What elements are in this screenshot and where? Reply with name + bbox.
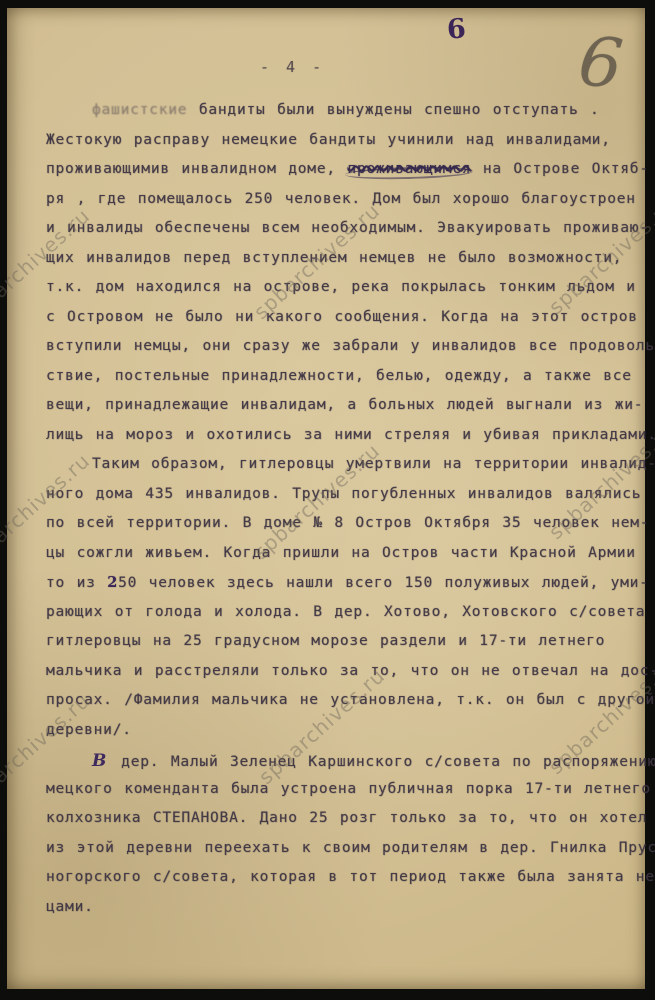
ink-corrected-digit: 2 [107,574,118,591]
text-line: мальчика и расстреляли только за то, что… [46,663,631,693]
text-segment: щих инвалидов перед вступлением немцев н… [46,250,622,266]
text-line: Таким образом, гитлеровцы умертвили на т… [46,456,631,486]
text-segment: бандиты были вынуждены спешно отступать … [187,102,599,118]
text-segment: на Острове Октяб- [471,161,649,177]
text-line: то из 250 человек здесь нашли всего 150 … [46,574,631,604]
text-segment: Жестокую расправу немецкие бандиты учини… [46,132,611,148]
text-segment: гитлеровцы на 25 градусном морозе раздел… [46,633,605,649]
scan-frame: 6 6 - 4 - фашистские бандиты были вынужд… [0,0,655,1000]
text-line: мецкого коменданта была устроена публичн… [46,781,631,811]
document-page: 6 6 - 4 - фашистские бандиты были вынужд… [7,8,645,989]
text-segment: то из [46,575,107,591]
text-line: проживающимив инвалидном доме, проживающ… [46,161,631,191]
document-text-block: фашистские бандиты были вынуждены спешно… [46,102,631,928]
handwritten-page-number: 6 [575,22,626,105]
text-segment: 50 человек здесь нашли всего 150 полужив… [118,575,649,591]
scribbled-out-word: проживающимся [347,161,471,177]
text-segment: вещи, принадлежащие инвалидам, а больных… [46,397,643,413]
text-line: цы сожгли живьем. Когда пришли на Остров… [46,545,631,575]
text-line: рающих от голода и холода. В дер. Хотово… [46,604,631,634]
text-segment: Таким образом, гитлеровцы умертвили на т… [92,456,655,472]
text-line: вступили немцы, они сразу же забрали у и… [46,338,631,368]
text-line: деревни/. [46,722,631,752]
typed-page-number: 6 [446,13,467,45]
text-line: и инвалиды обеспечены всем необходимым. … [46,220,631,250]
text-line: ногорского с/совета, которая в тот перио… [46,869,631,899]
text-segment: лищь на мороз и охотились за ними стреля… [46,427,655,443]
text-line: лищь на мороз и охотились за ними стреля… [46,427,631,457]
text-line: гитлеровцы на 25 градусном морозе раздел… [46,633,631,663]
text-segment: дер. Малый Зеленец Каршинского с/совета … [121,754,655,770]
text-segment: деревни/. [46,722,132,738]
text-line: из этой деревни переехать к своим родите… [46,840,631,870]
text-segment: и инвалиды обеспечены всем необходимым. … [46,220,649,236]
text-segment: ствие, постельные принадлежности, белью,… [46,368,632,384]
text-line: Жестокую расправу немецкие бандиты учини… [46,132,631,162]
text-segment: цы сожгли живьем. Когда пришли на Остров… [46,545,636,561]
text-line: т.к. дом находился на острове, река покр… [46,279,631,309]
text-segment: цами. [46,899,94,915]
page-header: - 4 - [260,58,325,76]
faded-word: фашистские [92,102,187,118]
text-line: колхозника СТЕПАНОВА. Дано 25 розг тольк… [46,810,631,840]
text-line: щих инвалидов перед вступлением немцев н… [46,250,631,280]
text-line: ря , где помещалось 250 человек. Дом был… [46,191,631,221]
text-line: по всей территории. В доме № 8 Остров Ок… [46,515,631,545]
text-line: цами. [46,899,631,929]
text-segment: мальчика и расстреляли только за то, что… [46,663,655,679]
text-segment: вступили немцы, они сразу же забрали у и… [46,338,655,354]
text-segment: т.к. дом находился на острове, река покр… [46,279,636,295]
text-line: с Островом не было ни какого сообщения. … [46,309,631,339]
text-segment: с Островом не было ни какого сообщения. … [46,309,638,325]
text-segment: колхозника СТЕПАНОВА. Дано 25 розг тольк… [46,810,647,826]
text-line: фашистские бандиты были вынуждены спешно… [46,102,631,132]
text-line: ствие, постельные принадлежности, белью,… [46,368,631,398]
text-segment: по всей территории. В доме № 8 Остров Ок… [46,515,649,531]
text-segment: из этой деревни переехать к своим родите… [46,840,655,856]
text-segment: ря , где помещалось 250 человек. Дом был… [46,191,636,207]
handwritten-letter: В [92,751,107,771]
text-segment: просах. /Фамилия мальчика не установлена… [46,692,655,708]
text-line: Вдер. Малый Зеленец Каршинского с/совета… [46,751,631,781]
text-segment: ного дома 435 инвалидов. Трупы погубленн… [46,486,641,502]
text-line: вещи, принадлежащие инвалидам, а больных… [46,397,631,427]
text-segment: проживающимив инвалидном доме, [46,161,347,177]
text-line: ного дома 435 инвалидов. Трупы погубленн… [46,486,631,516]
text-segment: ногорского с/совета, которая в тот перио… [46,869,655,885]
text-line: просах. /Фамилия мальчика не установлена… [46,692,631,722]
text-segment: мецкого коменданта была устроена публичн… [46,781,651,797]
text-segment: рающих от голода и холода. В дер. Хотово… [46,604,645,620]
